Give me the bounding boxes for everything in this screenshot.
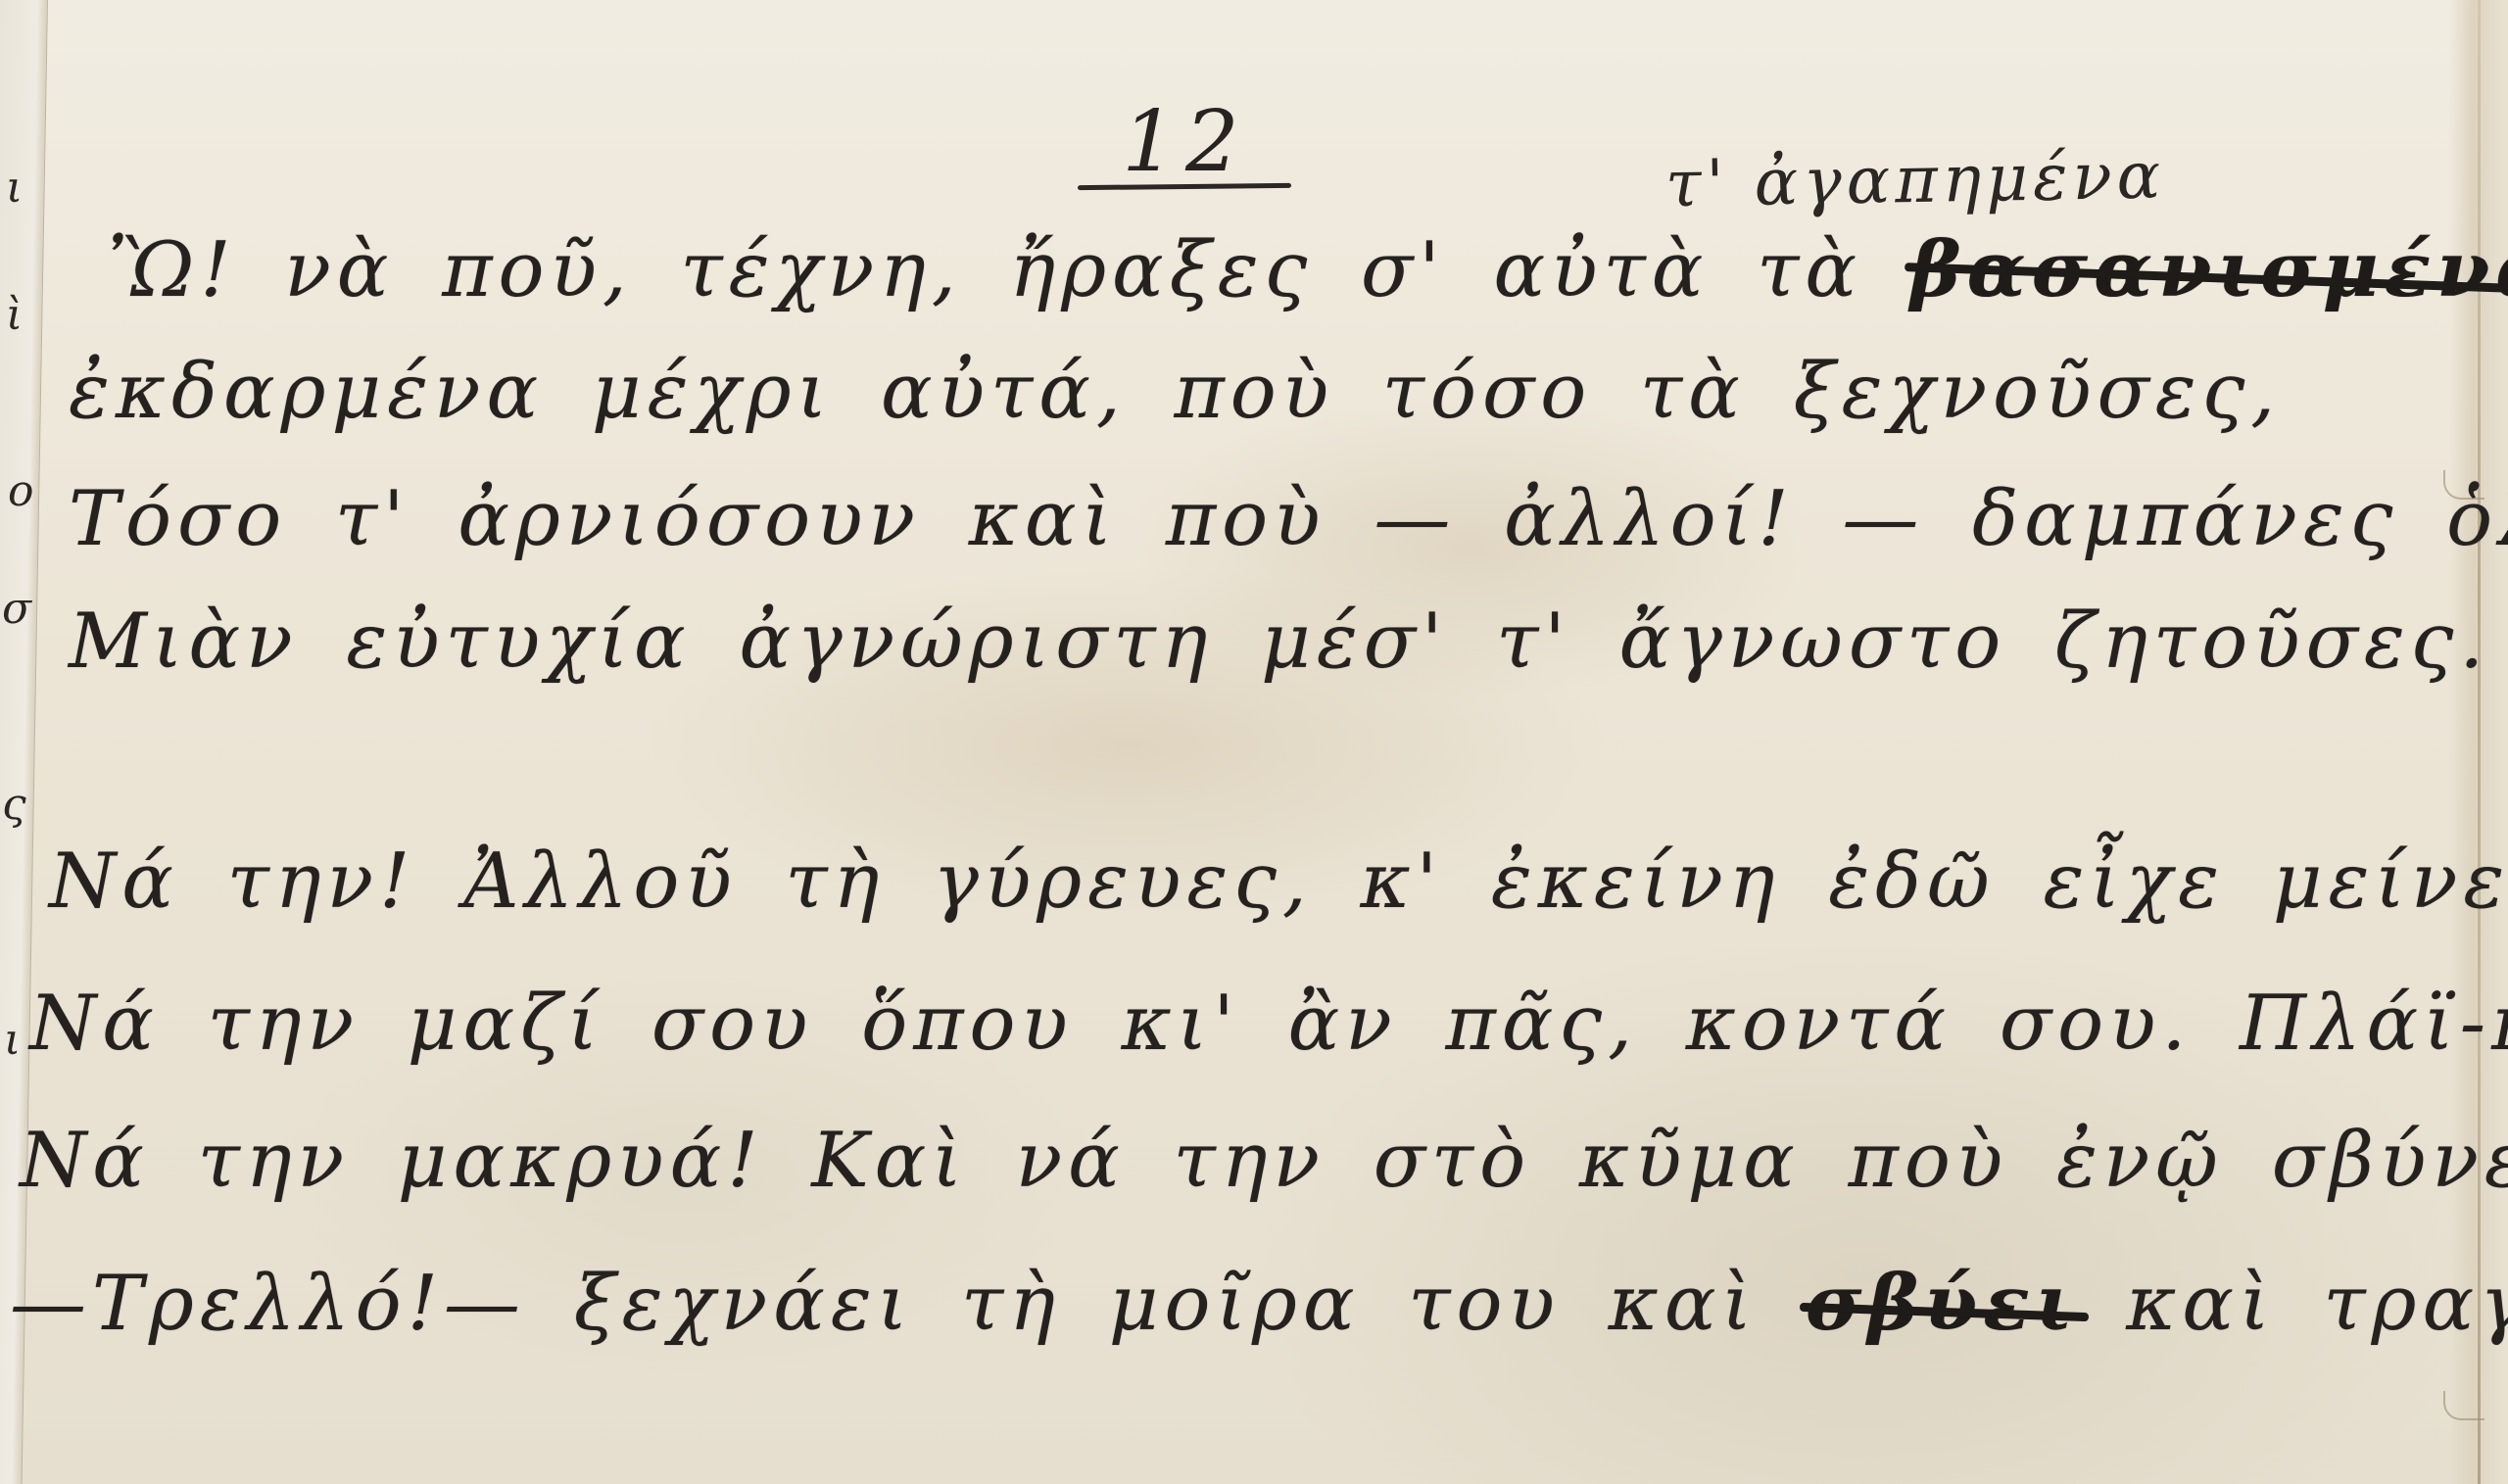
verse-line-2: ἐκδαρμένα μέχρι αὐτά, ποὺ τόσο τὰ ξεχνοῦ…: [69, 348, 2281, 436]
verse-line-6: Νά την μαζί σου ὅπου κι' ἂν πᾶς, κοντά σ…: [29, 980, 2508, 1068]
verse-line-3: Τόσο τ' ἀρνιόσουν καὶ ποὺ — ἀλλοί! — δαμ…: [69, 475, 2508, 563]
verse-text: Μιὰν εὐτυχία ἀγνώριστη μέσ' τ' ἄγνωστο ζ…: [69, 598, 2489, 686]
verse-text: Τόσο τ' ἀρνιόσουν καὶ ποὺ — ἀλλοί! — δαμ…: [69, 475, 2508, 563]
verse-line-7: Νά την μακρυά! Καὶ νά την στὸ κῦμα ποὺ ἐ…: [20, 1117, 2508, 1205]
verse-text: Ὢ! νὰ ποῦ, τέχνη, ἤραξες σ' αὐτὰ τὰ: [108, 226, 1862, 314]
verse-text: Νά την μαζί σου ὅπου κι' ἂν πᾶς, κοντά σ…: [29, 980, 2508, 1068]
struck-out-word: σβύει: [1806, 1259, 2079, 1348]
interlinear-insertion: τ' ἀγαπημένα: [1664, 138, 2165, 222]
margin-fragment: ι: [6, 167, 23, 210]
manuscript-photo: ι ὶ ο σ ς ι 12 τ' ἀγαπημένα Ὢ! νὰ ποῦ, τ…: [0, 0, 2508, 1484]
page-number: 12: [1078, 93, 1293, 191]
margin-fragment: σ: [2, 588, 31, 631]
verse-text: καὶ τραγουδάει...: [2126, 1260, 2508, 1348]
margin-fragment: ς: [2, 784, 26, 827]
verse-line-8: —Τρελλό!— ξεχνάει τὴ μοῖρα του καὶ σβύει…: [10, 1259, 2508, 1348]
margin-fragment: ὶ: [6, 294, 23, 337]
verse-line-1: Ὢ! νὰ ποῦ, τέχνη, ἤραξες σ' αὐτὰ τὰ βασα…: [108, 225, 2508, 314]
verse-text: Νά την μακρυά! Καὶ νά την στὸ κῦμα ποὺ ἐ…: [20, 1117, 2508, 1205]
verse-text: Νά την! Ἀλλοῦ τὴ γύρευες, κ' ἐκείνη ἐδῶ …: [49, 838, 2508, 926]
struck-out-word: βασανισμένα: [1910, 225, 2508, 314]
verse-line-4: Μιὰν εὐτυχία ἀγνώριστη μέσ' τ' ἄγνωστο ζ…: [69, 598, 2489, 686]
paper-tear: [2443, 1391, 2484, 1420]
margin-fragment: ι: [4, 1019, 21, 1062]
verse-line-5: Νά την! Ἀλλοῦ τὴ γύρευες, κ' ἐκείνη ἐδῶ …: [49, 838, 2508, 926]
verse-text: —Τρελλό!— ξεχνάει τὴ μοῖρα του καὶ: [10, 1260, 1758, 1348]
margin-fragment: ο: [8, 470, 34, 513]
verse-text: ἐκδαρμένα μέχρι αὐτά, ποὺ τόσο τὰ ξεχνοῦ…: [69, 348, 2281, 436]
